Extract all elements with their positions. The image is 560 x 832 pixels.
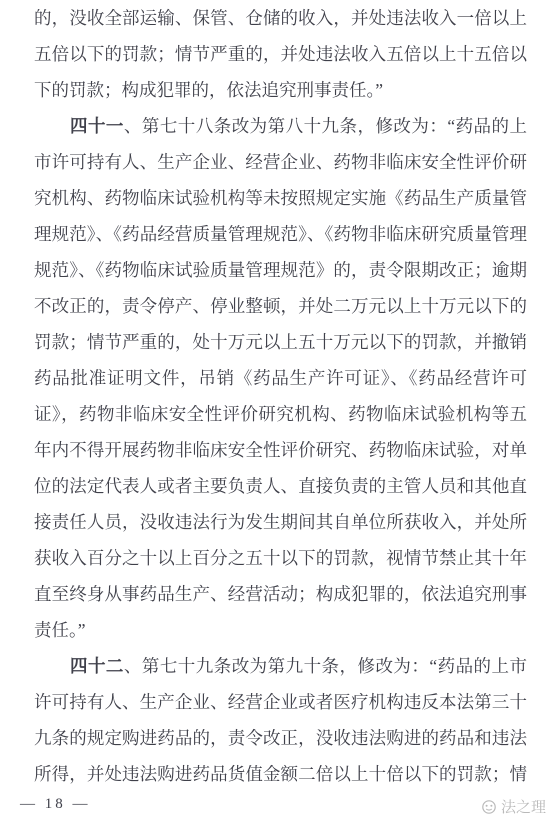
text-line: 获收入百分之十以上百分之五十以下的罚款，视情节禁止其十年 bbox=[34, 540, 527, 576]
text-line: 的，没收全部运输、保管、仓储的收入，并处违法收入一倍以上 bbox=[34, 0, 527, 36]
text-line: 规范》、《药物临床试验质量管理规范》的，责令限期改正；逾期 bbox=[34, 252, 527, 288]
document-page: 的，没收全部运输、保管、仓储的收入，并处违法收入一倍以上五倍以下的罚款；情节严重… bbox=[0, 0, 560, 832]
text-line: 四十二、第七十九条改为第九十条，修改为：“药品的上市 bbox=[34, 648, 527, 684]
text-line: 药品批准证明文件，吊销《药品生产许可证》、《药品经营许可 bbox=[34, 360, 527, 396]
text-line: 究机构、药物临床试验机构等未按照规定实施《药品生产质量管 bbox=[34, 180, 527, 216]
text-line: 不改正的，责令停产、停业整顿，并处二万元以上十万元以下的 bbox=[34, 288, 527, 324]
text-line: 直至终身从事药品生产、经营活动；构成犯罪的，依法追究刑事 bbox=[34, 576, 527, 612]
text-line: 罚款；情节严重的，处十万元以上五十万元以下的罚款，并撤销 bbox=[34, 324, 527, 360]
text-line: 责任。” bbox=[34, 612, 527, 648]
text-line: 九条的规定购进药品的，责令改正，没收违法购进的药品和违法 bbox=[34, 720, 527, 756]
text-line: 五倍以下的罚款；情节严重的，并处违法收入五倍以上十五倍以 bbox=[34, 36, 527, 72]
text-line: 证》，药物非临床安全性评价研究机构、药物临床试验机构等五 bbox=[34, 396, 527, 432]
page-footer: — 18 — 法之理 bbox=[0, 792, 560, 824]
text-line: 下的罚款；构成犯罪的，依法追究刑事责任。” bbox=[34, 72, 527, 108]
page-number: — 18 — bbox=[20, 796, 91, 813]
text-line: 许可持有人、生产企业、经营企业或者医疗机构违反本法第三十 bbox=[34, 684, 527, 720]
fazhili-logo-icon bbox=[481, 799, 497, 815]
watermark-text: 法之理 bbox=[501, 796, 546, 817]
text-line: 市许可持有人、生产企业、经营企业、药物非临床安全性评价研 bbox=[34, 144, 527, 180]
text-line: 年内不得开展药物非临床安全性评价研究、药物临床试验，对单 bbox=[34, 432, 527, 468]
text-line: 接责任人员，没收违法行为发生期间其自单位所获收入，并处所 bbox=[34, 504, 527, 540]
text-line: 位的法定代表人或者主要负责人、直接负责的主管人员和其他直 bbox=[34, 468, 527, 504]
article-number-bold: 四十二 bbox=[70, 656, 124, 676]
document-body: 的，没收全部运输、保管、仓储的收入，并处违法收入一倍以上五倍以下的罚款；情节严重… bbox=[34, 0, 527, 792]
text-line: 四十一、第七十八条改为第八十九条，修改为：“药品的上 bbox=[34, 108, 527, 144]
watermark: 法之理 bbox=[481, 796, 546, 817]
text-line: 所得，并处违法购进药品货值金额二倍以上十倍以下的罚款；情 bbox=[34, 756, 527, 792]
article-number-bold: 四十一 bbox=[70, 116, 124, 136]
text-line: 理规范》、《药品经营质量管理规范》、《药物非临床研究质量管理 bbox=[34, 216, 527, 252]
